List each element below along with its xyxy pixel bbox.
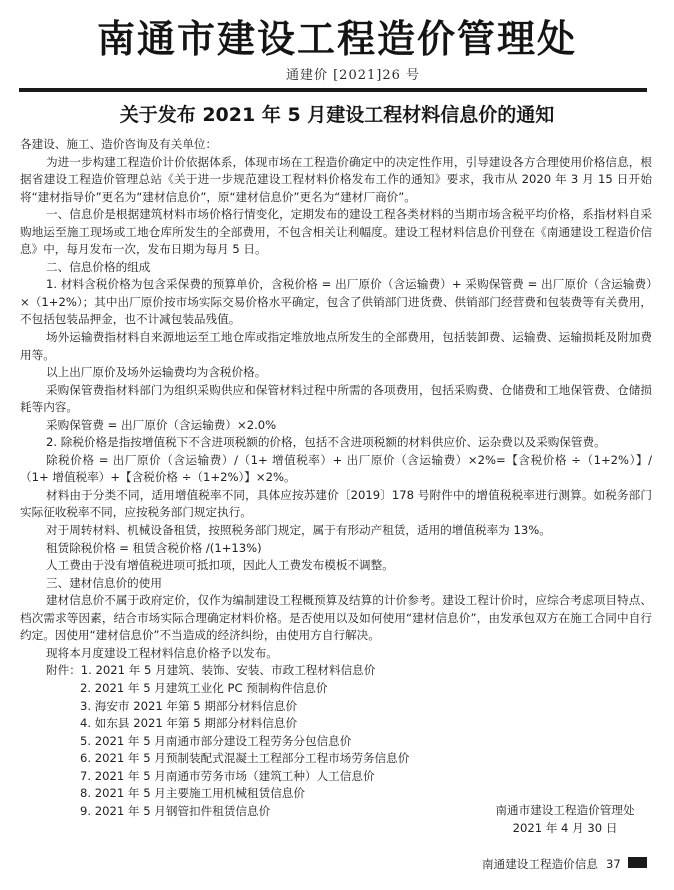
footer-marker-block: [628, 857, 647, 868]
header-divider: [19, 88, 647, 92]
paragraph: 采购保管费指材料部门为组织采购供应和保管材料过程中所需的各项费用，包括采购费、仓…: [20, 382, 652, 417]
paragraph: 人工费由于没有增值税进项可抵扣项，因此人工费发布模板不调整。: [20, 557, 652, 575]
attachment-item: 7. 2021 年 5 月南通市劳务市场（建筑工种）人工信息价: [20, 768, 652, 786]
attachment-item: 6. 2021 年 5 月预制装配式混凝土工程部分工程市场劳务信息价: [20, 750, 652, 768]
attachments-label: 附件：: [46, 663, 81, 677]
publication-name: 南通建设工程造价信息: [482, 857, 598, 871]
page-footer: 南通建设工程造价信息37: [482, 856, 621, 872]
signature-org: 南通市建设工程造价管理处: [480, 802, 650, 818]
attachment-item: 3. 海安市 2021 年第 5 期部分材料信息价: [20, 698, 652, 716]
notice-body: 各建设、施工、造价咨询及有关单位： 为进一步构建工程造价计价依据体系，体现市场在…: [20, 136, 652, 820]
paragraph: 2. 除税价格是指按增值税下不含进项税额的价格，包括不含进项税额的材料供应价、运…: [20, 434, 652, 452]
section-heading: 二、信息价格的组成: [20, 259, 652, 277]
org-masthead: 南通市建设工程造价管理处: [0, 14, 674, 64]
page-number: 37: [606, 857, 621, 871]
attachment-item: 1. 2021 年 5 月建筑、装饰、安装、市政工程材料信息价: [81, 663, 376, 677]
formula: 租赁除税价格 = 租赁含税价格 /(1+13%): [20, 540, 652, 558]
paragraph: 以上出厂原价及场外运输费均为含税价格。: [20, 364, 652, 382]
paragraph: 建材信息价不属于政府定价，仅作为编制建设工程概预算及结算的计价参考。建设工程计价…: [20, 592, 652, 645]
formula: 采购保管费 = 出厂原价（含运输费）×2.0%: [20, 417, 652, 435]
paragraph: 场外运输费指材料自来源地运至工地仓库或指定堆放地点所发生的全部费用，包括装卸费、…: [20, 329, 652, 364]
paragraph: 对于周转材料、机械设备租赁，按照税务部门规定，属于有形动产租赁，适用的增值税率为…: [20, 522, 652, 540]
paragraph: 现将本月度建设工程材料信息价格予以发布。: [20, 645, 652, 663]
paragraph: 一、信息价是根据建筑材料市场价格行情变化，定期发布的建设工程各类材料的当期市场含…: [20, 206, 652, 259]
salutation: 各建设、施工、造价咨询及有关单位：: [20, 136, 652, 154]
paragraph: 材料由于分类不同，适用增值税率不同，具体应按苏建价〔2019〕178 号附件中的…: [20, 487, 652, 522]
attachment-item: 8. 2021 年 5 月主要施工用机械租赁信息价: [20, 785, 652, 803]
paragraph: 为进一步构建工程造价计价依据体系，体现市场在工程造价确定中的决定性作用，引导建设…: [20, 154, 652, 207]
document-number: 通建价 [2021]26 号: [0, 64, 674, 83]
formula: 除税价格 = 出厂原价（含运输费）/（1+ 增值税率）+ 出厂原价（含运输费）×…: [20, 452, 652, 487]
notice-title: 关于发布 2021 年 5 月建设工程材料信息价的通知: [0, 102, 674, 128]
attachment-item: 4. 如东县 2021 年第 5 期部分材料信息价: [20, 715, 652, 733]
attachment-item: 2. 2021 年 5 月建筑工业化 PC 预制构件信息价: [20, 680, 652, 698]
signature-date: 2021 年 4 月 30 日: [480, 820, 650, 836]
paragraph: 1. 材料含税价格为包含采保费的预算单价，含税价格 = 出厂原价（含运输费）+ …: [20, 276, 652, 329]
attachment-item: 5. 2021 年 5 月南通市部分建设工程劳务分包信息价: [20, 733, 652, 751]
section-heading: 三、建材信息价的使用: [20, 575, 652, 593]
attachment-row: 附件：1. 2021 年 5 月建筑、装饰、安装、市政工程材料信息价: [20, 662, 652, 680]
